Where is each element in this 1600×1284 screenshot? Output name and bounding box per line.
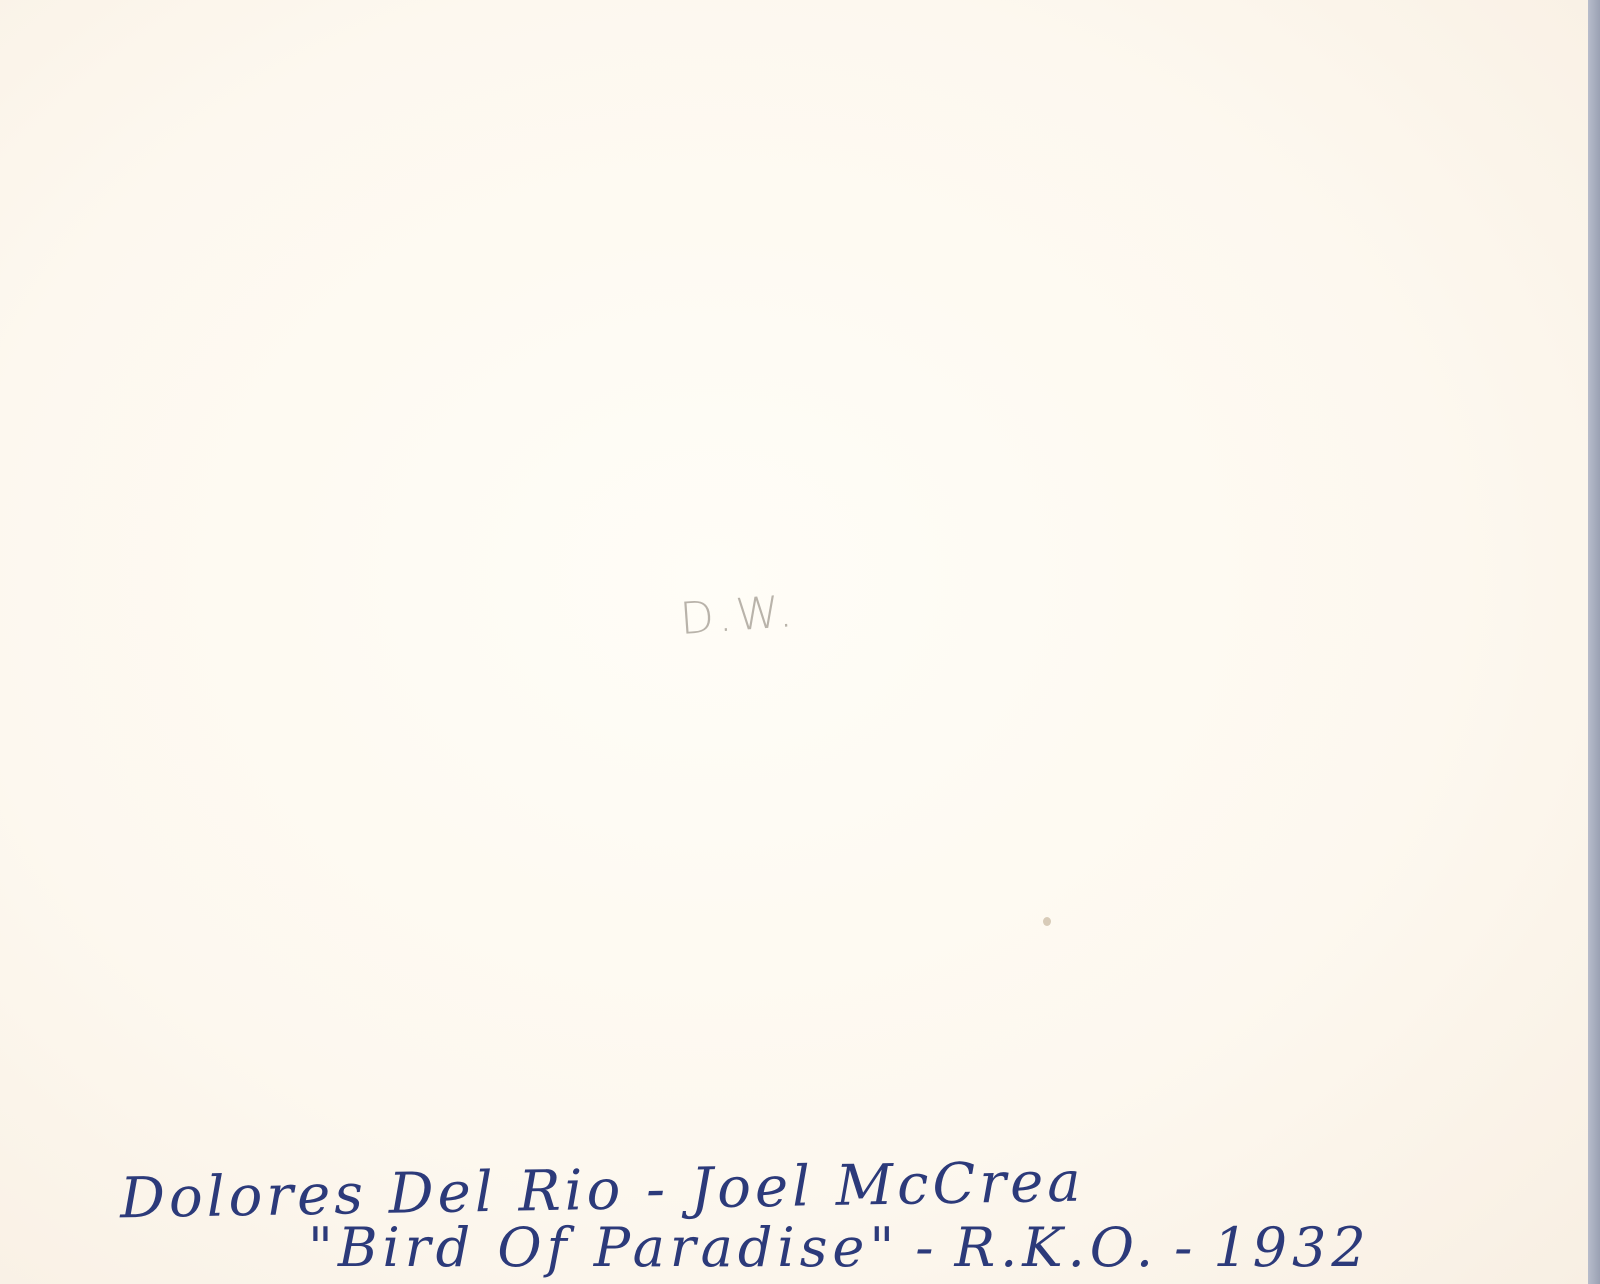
separator: -	[915, 1216, 938, 1279]
film-year: 1932	[1213, 1216, 1370, 1279]
pencil-initials: D.W.	[678, 586, 798, 645]
separator: -	[1174, 1216, 1197, 1279]
paper-spot	[1043, 917, 1051, 926]
scanner-edge-strip	[1588, 0, 1600, 1284]
photo-back-paper: D.W. Dolores Del Rio - Joel McCrea "Bird…	[0, 0, 1588, 1284]
film-title: "Bird Of Paradise"	[308, 1216, 899, 1279]
inscription-line-title: "Bird Of Paradise"-R.K.O.-1932	[308, 1216, 1371, 1279]
studio-name: R.K.O.	[954, 1216, 1158, 1279]
